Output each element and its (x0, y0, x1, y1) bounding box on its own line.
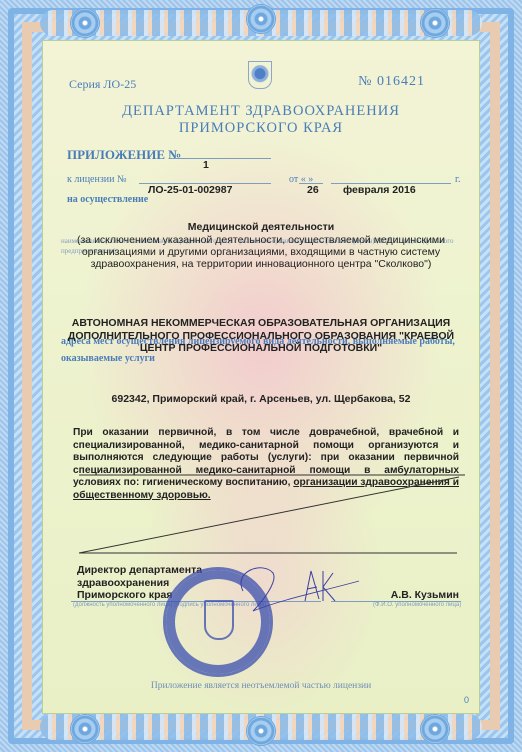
implementation-label: на осуществление (67, 194, 148, 205)
activity-note: (за исключением указанной деятельности, … (73, 234, 449, 270)
handwritten-signature-icon (223, 561, 363, 621)
department-line1: ДЕПАРТАМЕНТ ЗДРАВООХРАНЕНИЯ (43, 103, 479, 120)
corner-mark: 0 (464, 695, 469, 705)
signer-name: А.В. Кузьмин (391, 589, 459, 601)
form-number: № 016421 (358, 74, 425, 90)
department-title: ДЕПАРТАМЕНТ ЗДРАВООХРАНЕНИЯ ПРИМОРСКОГО … (43, 103, 479, 137)
license-number: ЛО-25-01-002987 (148, 184, 232, 196)
footer-note: Приложение является неотъемлемой частью … (43, 681, 479, 691)
caption-name: (Ф.И.О. уполномоченного лица) (373, 602, 461, 608)
appendix-label: ПРИЛОЖЕНИЕ № (67, 147, 181, 163)
document-body: Серия ЛО-25 № 016421 ДЕПАРТАМЕНТ ЗДРАВОО… (42, 40, 480, 714)
year-suffix: г. (455, 174, 460, 185)
license-day: 26 (307, 184, 319, 196)
appendix-number-line (171, 158, 271, 159)
license-appendix-page: Серия ЛО-25 № 016421 ДЕПАРТАМЕНТ ЗДРАВОО… (0, 0, 522, 752)
license-label: к лицензии № (67, 174, 127, 185)
organization-name: АВТОНОМНАЯ НЕКОММЕРЧЕСКАЯ ОБРАЗОВАТЕЛЬНА… (63, 317, 459, 355)
rosette-icon (420, 8, 450, 38)
rosette-icon (246, 4, 276, 34)
rosette-icon (70, 8, 100, 38)
appendix-number: 1 (203, 159, 209, 171)
z-cancel-lines (77, 471, 467, 561)
russian-coat-of-arms-icon (248, 61, 272, 89)
rosette-icon (246, 716, 276, 746)
activity-title: Медицинской деятельности (43, 221, 479, 233)
signer-position-line1: Директор департамента (77, 564, 202, 577)
license-month-year: февраля 2016 (343, 184, 416, 196)
rosette-icon (420, 714, 450, 744)
rosette-icon (70, 714, 100, 744)
series-label: Серия ЛО-25 (69, 77, 136, 92)
department-line2: ПРИМОРСКОГО КРАЯ (43, 120, 479, 137)
organization-address: 692342, Приморский край, г. Арсеньев, ул… (43, 393, 479, 405)
